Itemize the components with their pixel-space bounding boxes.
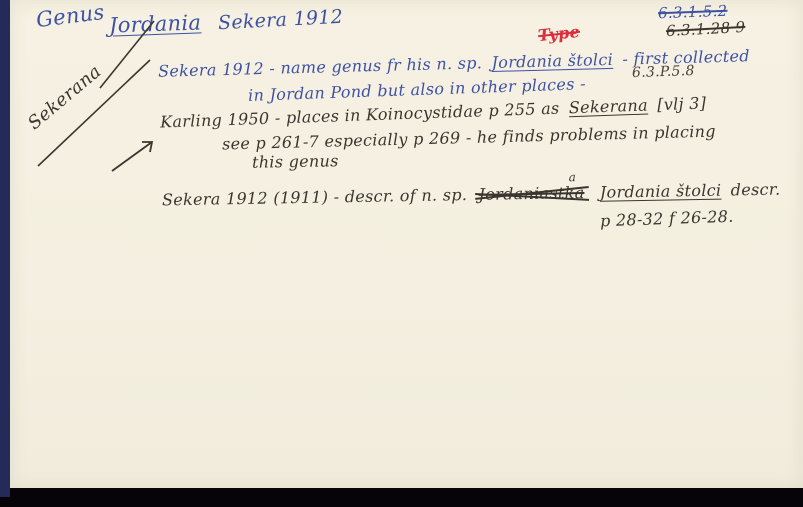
note-line-7: p 28-32 f 26-28. <box>600 207 734 231</box>
inserted-letter: a <box>569 170 577 184</box>
note-line-6-lead: Sekera 1912 (1911) - descr. of n. sp. <box>162 185 467 209</box>
scribbled-out-name: Jordaniastka a <box>478 183 584 204</box>
catalog-number-pencil: 6.3.P.5.8 <box>632 63 695 81</box>
note-line-6-species: Jordania štolci <box>600 181 722 202</box>
scribbled-out-name-text: Jordaniastka <box>478 183 584 204</box>
scan-mount-left-strip <box>0 0 10 497</box>
note-line-6-tail: descr. <box>731 180 781 200</box>
author-year: Sekera 1912 <box>218 6 344 35</box>
genus-name: Jordania <box>109 10 202 37</box>
note-line-6: Sekera 1912 (1911) - descr. of n. sp. Jo… <box>162 180 781 210</box>
note-line-3-tail: [vlj 3] <box>657 93 707 114</box>
note-line-5: this genus <box>252 151 339 172</box>
arrow-up-right-icon <box>112 142 152 171</box>
margin-sekerana-label: Sekerana <box>24 61 105 134</box>
note-line-1-species: Jordania štolci <box>491 50 613 72</box>
type-label-crossed: Type <box>537 22 581 45</box>
genus-label: Genus <box>35 0 106 32</box>
index-card: Genus Jordania Sekera 1912 6.3.1.5.2 6.3… <box>10 0 803 488</box>
note-line-3-species: Sekerana <box>569 96 649 118</box>
scanned-index-card-page: Genus Jordania Sekera 1912 6.3.1.5.2 6.3… <box>0 0 803 507</box>
catalog-number-crossed-2: 6.3.1.28 9 <box>666 18 746 40</box>
note-line-1-lead: Sekera 1912 - name genus fr his n. sp. <box>158 53 483 80</box>
